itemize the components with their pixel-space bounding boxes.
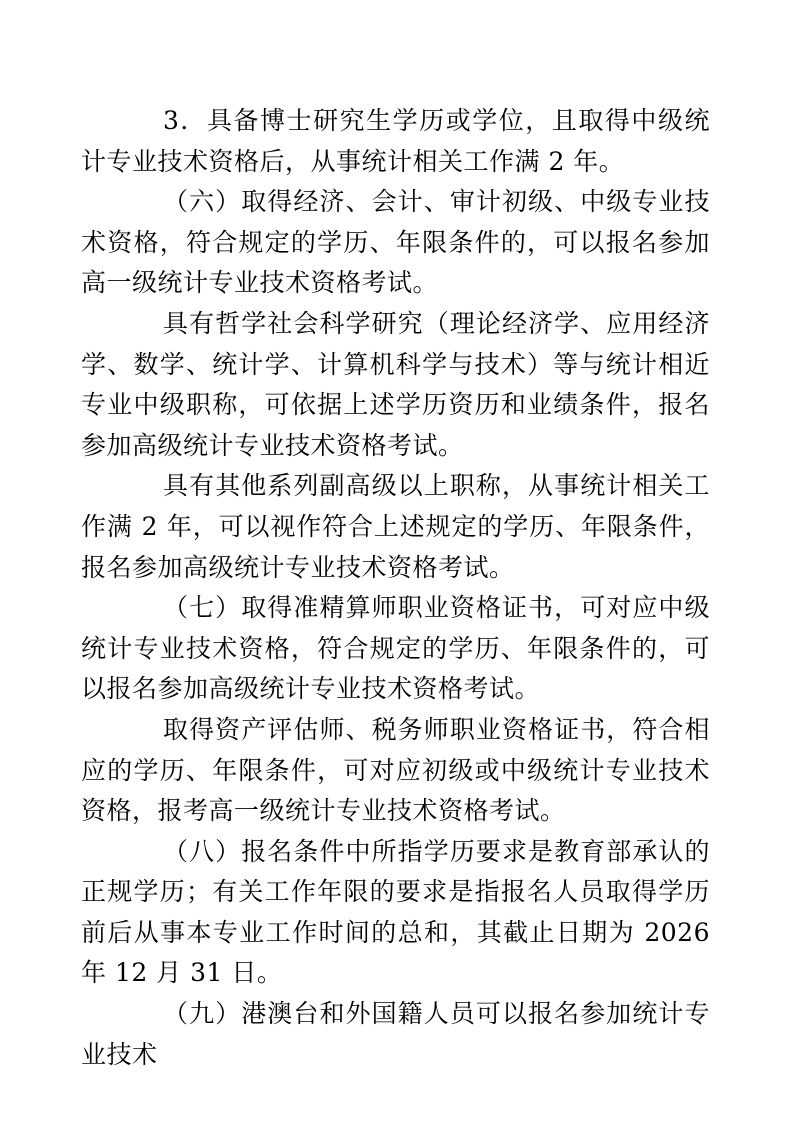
paragraph-item-6-related-majors: 具有哲学社会科学研究（理论经济学、应用经济学、数学、统计学、计算机科学与技术）等… bbox=[81, 304, 710, 466]
paragraph-item-7: （七）取得准精算师职业资格证书，可对应中级统计专业技术资格，符合规定的学历、年限… bbox=[81, 588, 710, 710]
paragraph-item-6-other-series-titles: 具有其他系列副高级以上职称，从事统计相关工作满 2 年，可以视作符合上述规定的学… bbox=[81, 466, 710, 588]
paragraph-item-6: （六）取得经济、会计、审计初级、中级专业技术资格，符合规定的学历、年限条件的，可… bbox=[81, 182, 710, 304]
paragraph-item-7-asset-appraiser: 取得资产评估师、税务师职业资格证书，符合相应的学历、年限条件，可对应初级或中级统… bbox=[81, 710, 710, 832]
paragraph-degree-doctor-clause: 3．具备博士研究生学历或学位，且取得中级统计专业技术资格后，从事统计相关工作满 … bbox=[81, 101, 710, 182]
paragraph-item-9: （九）港澳台和外国籍人员可以报名参加统计专业技术 bbox=[81, 994, 710, 1075]
document-page: 3．具备博士研究生学历或学位，且取得中级统计专业技术资格后，从事统计相关工作满 … bbox=[0, 0, 794, 1123]
paragraph-item-8: （八）报名条件中所指学历要求是教育部承认的正规学历；有关工作年限的要求是指报名人… bbox=[81, 832, 710, 994]
